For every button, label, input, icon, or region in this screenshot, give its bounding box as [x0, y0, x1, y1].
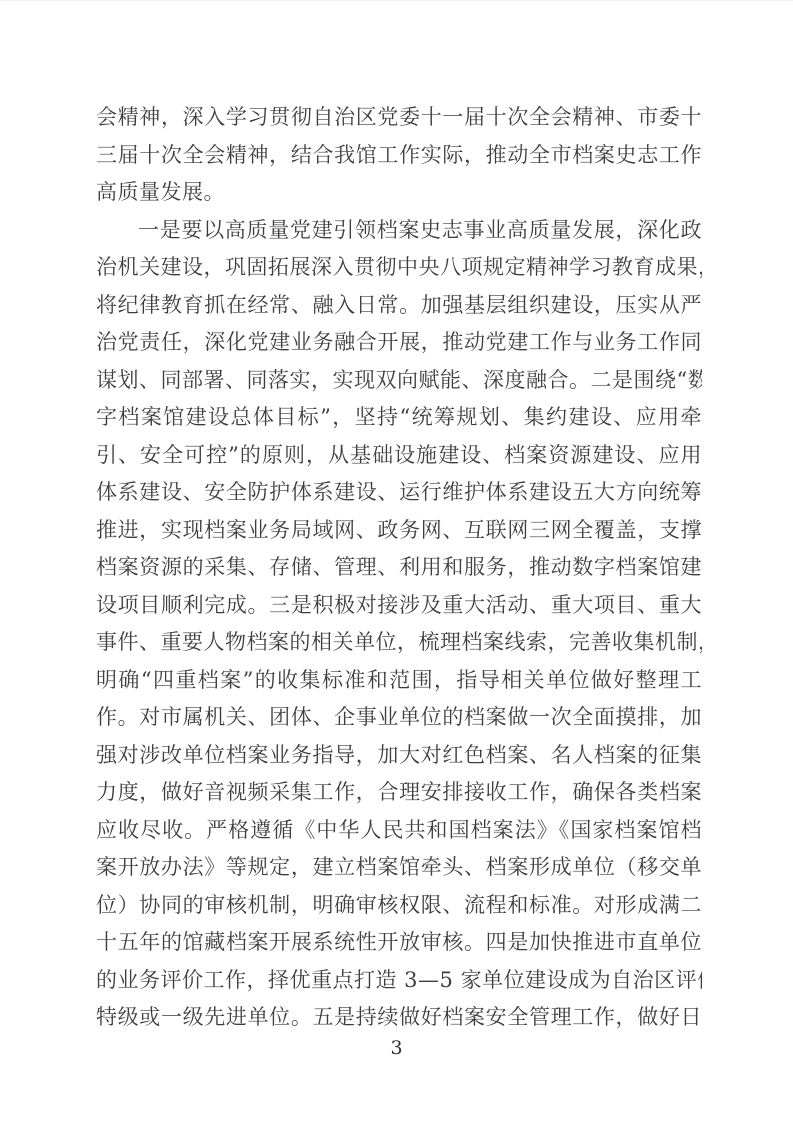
- text-line: 设项目顺利完成。三是积极对接涉及重大活动、重大项目、重大: [96, 587, 702, 625]
- text-line: 案开放办法》等规定，建立档案馆牵头、档案形成单位（移交单: [96, 849, 702, 887]
- text-line: 应收尽收。严格遵循《中华人民共和国档案法》《国家档案馆档: [96, 812, 702, 850]
- text-line: 十五年的馆藏档案开展系统性开放审核。四是加快推进市直单位: [96, 924, 702, 962]
- text-line: 三届十次全会精神，结合我馆工作实际，推动全市档案史志工作: [96, 137, 702, 175]
- document-page: 会精神，深入学习贯彻自治区党委十一届十次全会精神、市委十三届十次全会精神，结合我…: [0, 0, 793, 1123]
- text-line: 力度，做好音视频采集工作，合理安排接收工作，确保各类档案: [96, 774, 702, 812]
- text-line: 治机关建设，巩固拓展深入贯彻中央八项规定精神学习教育成果，: [96, 249, 702, 287]
- text-line: 位）协同的审核机制，明确审核权限、流程和标准。对形成满二: [96, 887, 702, 925]
- text-line: 强对涉改单位档案业务指导，加大对红色档案、名人档案的征集: [96, 737, 702, 775]
- text-line: 会精神，深入学习贯彻自治区党委十一届十次全会精神、市委十: [96, 99, 702, 137]
- text-line: 体系建设、安全防护体系建设、运行维护体系建设五大方向统筹: [96, 474, 702, 512]
- text-block: 会精神，深入学习贯彻自治区党委十一届十次全会精神、市委十三届十次全会精神，结合我…: [96, 99, 702, 1037]
- paragraph: 会精神，深入学习贯彻自治区党委十一届十次全会精神、市委十三届十次全会精神，结合我…: [96, 99, 702, 212]
- text-line: 谋划、同部署、同落实，实现双向赋能、深度融合。二是围绕“数: [96, 362, 702, 400]
- text-line: 作。对市属机关、团体、企事业单位的档案做一次全面摸排，加: [96, 699, 702, 737]
- text-line: 引、安全可控”的原则，从基础设施建设、档案资源建设、应用: [96, 437, 702, 475]
- page-number-label: 3: [0, 1037, 793, 1059]
- text-line: 将纪律教育抓在经常、融入日常。加强基层组织建设，压实从严: [96, 287, 702, 325]
- text-line: 事件、重要人物档案的相关单位，梳理档案线索，完善收集机制，: [96, 624, 702, 662]
- text-line: 字档案馆建设总体目标”，坚持“统筹规划、集约建设、应用牵: [96, 399, 702, 437]
- paragraph: 一是要以高质量党建引领档案史志事业高质量发展，深化政治机关建设，巩固拓展深入贯彻…: [96, 212, 702, 1037]
- text-line: 一是要以高质量党建引领档案史志事业高质量发展，深化政: [96, 212, 702, 250]
- text-line: 高质量发展。: [96, 174, 702, 212]
- text-line: 治党责任，深化党建业务融合开展，推动党建工作与业务工作同: [96, 324, 702, 362]
- text-line: 特级或一级先进单位。五是持续做好档案安全管理工作，做好日: [96, 999, 702, 1037]
- text-line: 推进，实现档案业务局域网、政务网、互联网三网全覆盖，支撑: [96, 512, 702, 550]
- text-line: 档案资源的采集、存储、管理、利用和服务，推动数字档案馆建: [96, 549, 702, 587]
- text-line: 明确“四重档案”的收集标准和范围，指导相关单位做好整理工: [96, 662, 702, 700]
- text-line: 的业务评价工作，择优重点打造 3—5 家单位建设成为自治区评价: [96, 962, 702, 1000]
